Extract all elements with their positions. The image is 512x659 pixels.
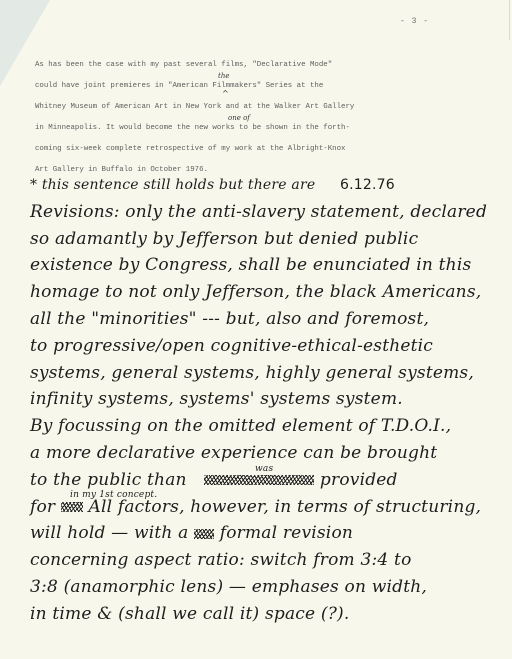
insertion-was: was: [255, 464, 273, 474]
handwritten-line: for in my 1st concept. All factors, howe…: [30, 494, 500, 521]
handwritten-line: existence by Congress, shall be enunciat…: [30, 252, 500, 279]
page-number: - 3 -: [400, 17, 429, 26]
insertion-one-of: one of: [228, 108, 250, 129]
page-edge: [509, 0, 510, 40]
handwritten-line: 3:8 (anamorphic lens) — emphases on widt…: [30, 574, 500, 601]
typed-paragraph: As has been the case with my past severa…: [35, 55, 455, 181]
handwritten-line: so adamantly by Jefferson but denied pub…: [30, 226, 500, 253]
handwritten-header-note: * this sentence still holds but there ar…: [30, 172, 500, 199]
crossed-out-text: [61, 502, 83, 512]
handwritten-line: Revisions: only the anti-slavery stateme…: [30, 199, 500, 226]
typed-line: As has been the case with my past severa…: [35, 55, 455, 76]
crossed-out-text: [194, 529, 214, 539]
handwritten-line: homage to not only Jefferson, the black …: [30, 279, 500, 306]
crossed-out-text: [204, 475, 314, 485]
handwritten-line: By focussing on the omitted element of T…: [30, 413, 500, 440]
typed-line: could have joint premieres in "American …: [35, 76, 455, 97]
handwritten-line: in time & (shall we call it) space (?).: [30, 601, 500, 628]
insertion-in-my-1st-concept: in my 1st concept.: [70, 490, 157, 500]
handwritten-line: systems, general systems, highly general…: [30, 360, 500, 387]
handwritten-line: to progressive/open cognitive-ethical-es…: [30, 333, 500, 360]
handwritten-line: all the "minorities" --- but, also and f…: [30, 306, 500, 333]
typed-line: in Minneapolis. It would become the new …: [35, 118, 455, 139]
handwritten-line: will hold — with a formal revision: [30, 520, 500, 547]
typed-line: coming six-week complete retrospective o…: [35, 139, 455, 160]
handwritten-line: concerning aspect ratio: switch from 3:4…: [30, 547, 500, 574]
handwritten-notes: * this sentence still holds but there ar…: [30, 172, 500, 628]
note-date: 6.12.76: [340, 172, 395, 199]
handwritten-line: infinity systems, systems' systems syste…: [30, 386, 500, 413]
handwritten-line: a more declarative experience can be bro…: [30, 440, 500, 467]
